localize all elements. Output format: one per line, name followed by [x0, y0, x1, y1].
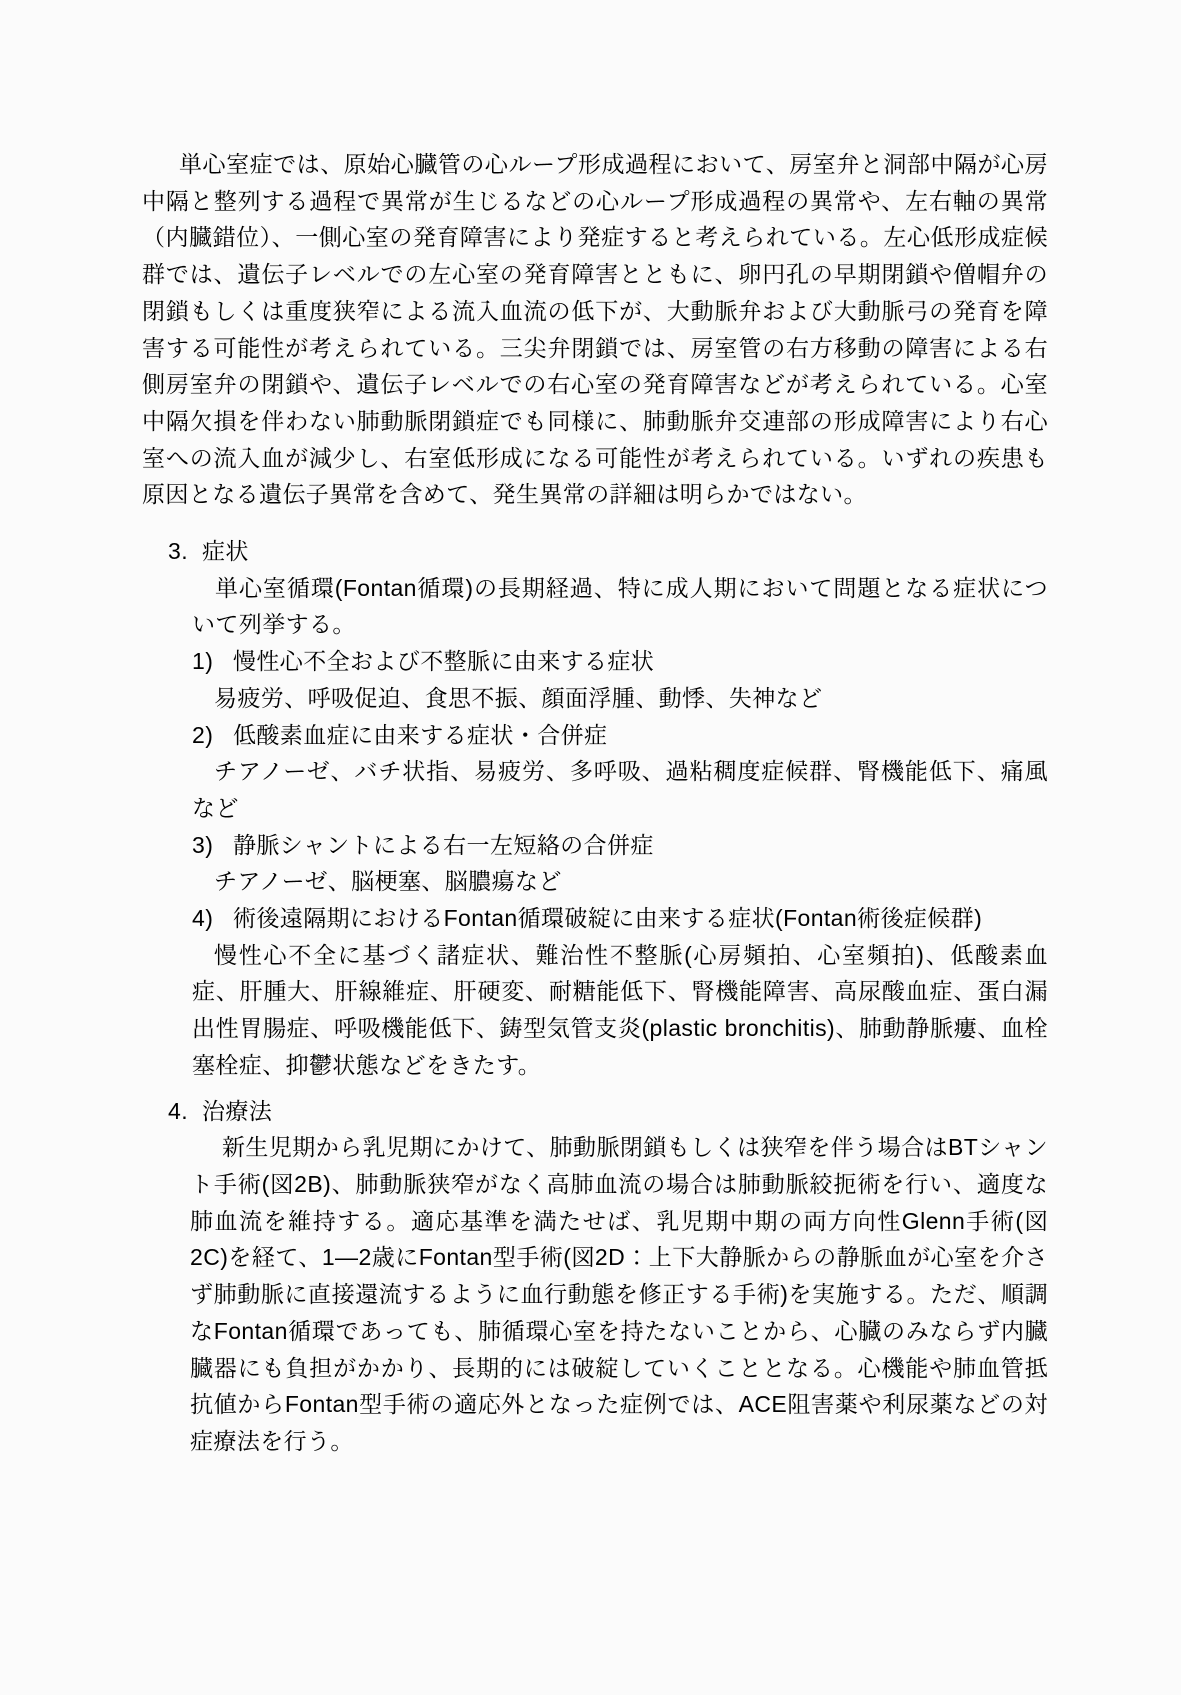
symptom-item-3-marker: 3) — [192, 827, 233, 864]
symptoms-section-title: 症状 — [202, 538, 249, 564]
symptom-item-1-marker: 1) — [192, 643, 233, 680]
symptoms-section-body: 単心室循環(Fontan循環)の長期経過、特に成人期において問題となる症状につい… — [192, 570, 1048, 1084]
symptom-item-3: 3) 静脈シャントによる右一左短絡の合併症 — [192, 827, 1048, 864]
symptom-item-4-marker: 4) — [192, 900, 233, 937]
symptoms-section-number: 3. — [168, 533, 202, 570]
symptom-item-4-detail: 慢性心不全に基づく諸症状、難治性不整脈(心房頻拍、心室頻拍)、低酸素血症、肝腫大… — [192, 937, 1048, 1084]
treatment-section-body: 新生児期から乳児期にかけて、肺動脈閉鎖もしくは狭窄を伴う場合はBTシャント手術(… — [190, 1129, 1048, 1459]
symptom-item-1: 1) 慢性心不全および不整脈に由来する症状 — [192, 643, 1048, 680]
symptoms-lead-paragraph: 単心室循環(Fontan循環)の長期経過、特に成人期において問題となる症状につい… — [192, 570, 1048, 643]
symptom-item-2-marker: 2) — [192, 717, 233, 754]
symptom-item-2: 2) 低酸素血症に由来する症状・合併症 — [192, 717, 1048, 754]
symptom-item-4-heading: 術後遠隔期におけるFontan循環破綻に由来する症状(Fontan術後症候群) — [233, 900, 1048, 937]
symptom-item-2-detail: チアノーゼ、バチ状指、易疲労、多呼吸、過粘稠度症候群、腎機能低下、痛風など — [192, 753, 1048, 826]
symptom-item-1-detail: 易疲労、呼吸促迫、食思不振、顔面浮腫、動悸、失神など — [192, 680, 1048, 717]
symptom-item-3-detail: チアノーゼ、脳梗塞、脳膿瘍など — [192, 863, 1048, 900]
treatment-section-title: 治療法 — [202, 1098, 272, 1124]
treatment-paragraph: 新生児期から乳児期にかけて、肺動脈閉鎖もしくは狭窄を伴う場合はBTシャント手術(… — [190, 1129, 1048, 1459]
symptom-item-3-heading: 静脈シャントによる右一左短絡の合併症 — [233, 827, 1048, 864]
symptoms-section-heading: 3.症状 — [142, 533, 1048, 570]
symptom-item-4: 4) 術後遠隔期におけるFontan循環破綻に由来する症状(Fontan術後症候… — [192, 900, 1048, 937]
section-symptoms: 3.症状 単心室循環(Fontan循環)の長期経過、特に成人期において問題となる… — [142, 533, 1048, 1084]
symptom-item-1-heading: 慢性心不全および不整脈に由来する症状 — [233, 643, 1048, 680]
document-page: 単心室症では、原始心臓管の心ループ形成過程において、房室弁と洞部中隔が心房中隔と… — [0, 0, 1181, 1695]
treatment-section-number: 4. — [168, 1093, 202, 1130]
page-content: 単心室症では、原始心臓管の心ループ形成過程において、房室弁と洞部中隔が心房中隔と… — [142, 146, 1048, 1460]
treatment-section-heading: 4.治療法 — [142, 1093, 1048, 1130]
etiology-paragraph: 単心室症では、原始心臓管の心ループ形成過程において、房室弁と洞部中隔が心房中隔と… — [142, 146, 1048, 513]
section-treatment: 4.治療法 新生児期から乳児期にかけて、肺動脈閉鎖もしくは狭窄を伴う場合はBTシ… — [142, 1093, 1048, 1460]
symptom-item-2-heading: 低酸素血症に由来する症状・合併症 — [233, 717, 1048, 754]
